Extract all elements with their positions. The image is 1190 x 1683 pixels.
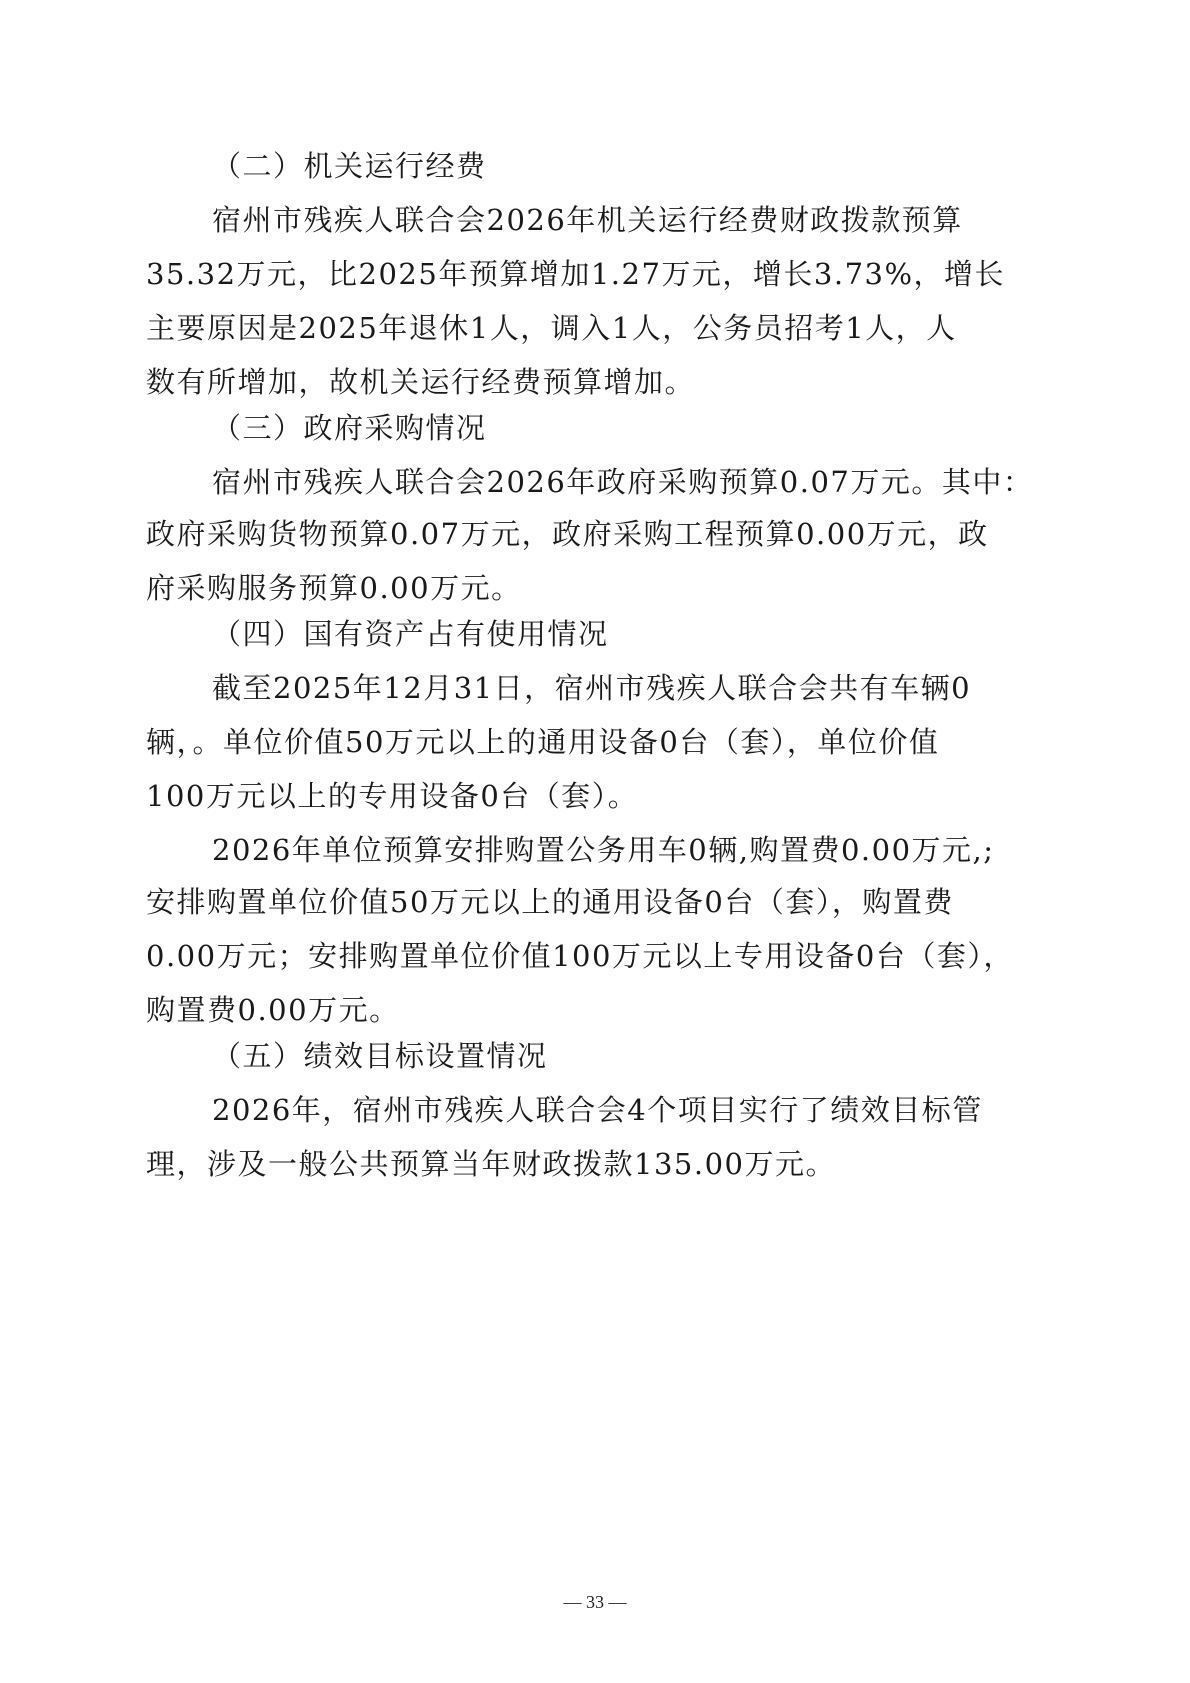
paragraph-line: 宿州市残疾人联合会2026年政府采购预算0.07万元。其中： <box>212 462 1033 502</box>
paragraph-line: 主要原因是2025年退休1人，调入1人，公务员招考1人，人 <box>146 308 957 348</box>
section-heading-performance-targets: （五）绩效目标设置情况 <box>212 1036 548 1076</box>
paragraph-line: 截至2025年12月31日，宿州市残疾人联合会共有车辆0 <box>212 668 971 708</box>
paragraph-line: 2026年单位预算安排购置公务用车0辆,购置费0.00万元,; <box>212 830 995 870</box>
paragraph-line: 2026年，宿州市残疾人联合会4个项目实行了绩效目标管 <box>212 1090 983 1130</box>
paragraph-line: 理，涉及一般公共预算当年财政拨款135.00万元。 <box>146 1144 836 1184</box>
paragraph-line: 数有所增加，故机关运行经费预算增加。 <box>146 362 695 402</box>
paragraph-line: 0.00万元；安排购置单位价值100万元以上专用设备0台（套）， <box>146 936 1014 976</box>
section-heading-state-assets: （四）国有资产占有使用情况 <box>212 614 609 654</box>
paragraph-line: 政府采购货物预算0.07万元，政府采购工程预算0.00万元，政 <box>146 514 989 554</box>
paragraph-line: 宿州市残疾人联合会2026年机关运行经费财政拨款预算 <box>212 200 963 240</box>
paragraph-line: 辆，。单位价值50万元以上的通用设备0台（套），单位价值 <box>146 722 939 762</box>
section-heading-government-procurement: （三）政府采购情况 <box>212 408 487 448</box>
page-number: — 33 — <box>0 1592 1190 1613</box>
paragraph-line: 府采购服务预算0.00万元。 <box>146 568 522 608</box>
paragraph-line: 35.32万元，比2025年预算增加1.27万元，增长3.73%，增长 <box>146 254 1005 294</box>
section-heading-operating-expenses: （二）机关运行经费 <box>212 146 487 186</box>
paragraph-line: 购置费0.00万元。 <box>146 990 400 1030</box>
paragraph-line: 100万元以上的专用设备0台（套）。 <box>146 776 638 816</box>
paragraph-line: 安排购置单位价值50万元以上的通用设备0台（套），购置费 <box>146 882 954 922</box>
